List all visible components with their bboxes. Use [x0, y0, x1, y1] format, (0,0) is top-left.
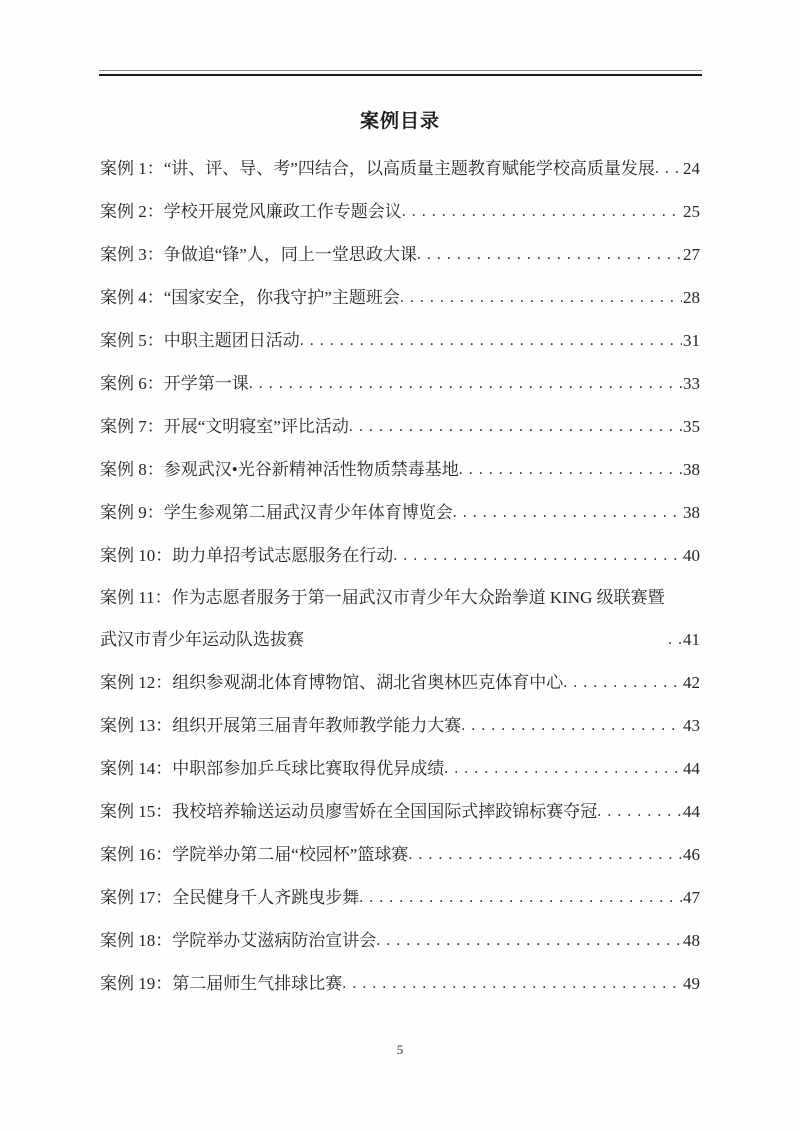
- header-rule: [99, 70, 702, 76]
- toc-entry-text: 案例 1：“讲、评、导、考”四结合，以高质量主题教育赋能学校高质量发展: [100, 148, 655, 190]
- toc-entry: 案例 19：第二届师生气排球比赛 49: [100, 962, 700, 1005]
- dot-leader: [597, 790, 682, 833]
- document-page: 案例目录 案例 1：“讲、评、导、考”四结合，以高质量主题教育赋能学校高质量发展…: [0, 0, 800, 1131]
- toc-entry: 案例 18：学院举办艾滋病防治宣讲会 48: [100, 919, 700, 962]
- dot-leader: [453, 491, 682, 534]
- toc-page-number: 41: [682, 619, 700, 661]
- toc-entry: 案例 5：中职主题团日活动 31: [100, 319, 700, 362]
- toc-page-number: 31: [682, 320, 700, 362]
- dot-leader: [376, 919, 682, 962]
- toc-entry: 案例 14：中职部参加乒乓球比赛取得优异成绩 44: [100, 747, 700, 790]
- toc-entry-text: 案例 18：学院举办艾滋病防治宣讲会: [100, 920, 376, 962]
- dot-leader: [408, 833, 682, 876]
- toc-entry: 案例 4：“国家安全，你我守护”主题班会 28: [100, 276, 700, 319]
- toc-entry: 案例 17：全民健身千人齐跳曳步舞 47: [100, 876, 700, 919]
- toc-entry-text: 案例 8：参观武汉•光谷新精神活性物质禁毒基地: [100, 449, 459, 491]
- toc-entry-text: 案例 3：争做追“锋”人，同上一堂思政大课: [100, 234, 417, 276]
- page-title: 案例目录: [100, 108, 700, 135]
- toc-entry-text: 案例 2：学校开展党风廉政工作专题会议: [100, 191, 402, 233]
- toc-page-number: 47: [682, 877, 700, 919]
- dot-leader: [563, 661, 682, 704]
- page-content: 案例目录 案例 1：“讲、评、导、考”四结合，以高质量主题教育赋能学校高质量发展…: [0, 0, 800, 1005]
- toc-page-number: 42: [682, 662, 700, 704]
- toc-page-number: 33: [682, 363, 700, 405]
- toc-entry: 案例 10：助力单招考试志愿服务在行动 40: [100, 534, 700, 577]
- toc-entry: 案例 8：参观武汉•光谷新精神活性物质禁毒基地 38: [100, 448, 700, 491]
- dot-leader: [300, 319, 682, 362]
- toc-entry: 案例 15：我校培养输送运动员廖雪娇在全国国际式摔跤锦标赛夺冠 44: [100, 790, 700, 833]
- toc-entry-text: 案例 19：第二届师生气排球比赛: [100, 963, 342, 1005]
- toc-page-number: 48: [682, 920, 700, 962]
- toc-page-number: 38: [682, 492, 700, 534]
- footer-page-number: 5: [0, 1041, 800, 1059]
- toc-page-number: 24: [682, 148, 700, 190]
- toc-entry-text: 案例 11：作为志愿者服务于第一届武汉市青少年大众跆拳道 KING 级联赛暨武汉…: [100, 577, 668, 661]
- toc-list: 案例 1：“讲、评、导、考”四结合，以高质量主题教育赋能学校高质量发展 24 案…: [100, 147, 700, 1005]
- toc-entry: 案例 16：学院举办第二届“校园杯”篮球赛 46: [100, 833, 700, 876]
- toc-page-number: 44: [682, 748, 700, 790]
- toc-entry: 案例 9：学生参观第二届武汉青少年体育博览会 38: [100, 491, 700, 534]
- dot-leader: [461, 704, 682, 747]
- toc-entry-text: 案例 13：组织开展第三届青年教师教学能力大赛: [100, 705, 461, 747]
- toc-page-number: 38: [682, 449, 700, 491]
- dot-leader: [359, 876, 682, 919]
- toc-entry-text: 案例 6：开学第一课: [100, 363, 249, 405]
- toc-entry-text: 案例 16：学院举办第二届“校园杯”篮球赛: [100, 834, 408, 876]
- toc-page-number: 27: [682, 234, 700, 276]
- dot-leader: [400, 276, 682, 319]
- dot-leader: [444, 747, 682, 790]
- dot-leader: [417, 233, 682, 276]
- toc-page-number: 44: [682, 791, 700, 833]
- dot-leader: [393, 534, 682, 577]
- toc-page-number: 49: [682, 963, 700, 1005]
- dot-leader: [402, 190, 682, 233]
- toc-page-number: 25: [682, 191, 700, 233]
- dot-leader: [655, 147, 682, 190]
- toc-entry-text: 案例 14：中职部参加乒乓球比赛取得优异成绩: [100, 748, 444, 790]
- toc-entry-text: 案例 10：助力单招考试志愿服务在行动: [100, 535, 393, 577]
- toc-entry-text: 案例 9：学生参观第二届武汉青少年体育博览会: [100, 492, 453, 534]
- toc-page-number: 40: [682, 535, 700, 577]
- toc-entry-text: 案例 17：全民健身千人齐跳曳步舞: [100, 877, 359, 919]
- toc-page-number: 46: [682, 834, 700, 876]
- toc-page-number: 35: [682, 406, 700, 448]
- dot-leader: [349, 405, 682, 448]
- toc-entry: 案例 7：开展“文明寝室”评比活动 35: [100, 405, 700, 448]
- dot-leader: [249, 362, 682, 405]
- toc-entry-text: 案例 4：“国家安全，你我守护”主题班会: [100, 277, 400, 319]
- toc-entry: 案例 13：组织开展第三届青年教师教学能力大赛 43: [100, 704, 700, 747]
- toc-entry: 案例 11：作为志愿者服务于第一届武汉市青少年大众跆拳道 KING 级联赛暨武汉…: [100, 577, 700, 661]
- dot-leader: [668, 618, 682, 661]
- dot-leader: [459, 448, 682, 491]
- toc-entry: 案例 12：组织参观湖北体育博物馆、湖北省奥林匹克体育中心 42: [100, 661, 700, 704]
- toc-entry-text: 案例 5：中职主题团日活动: [100, 320, 300, 362]
- toc-entry: 案例 2：学校开展党风廉政工作专题会议 25: [100, 190, 700, 233]
- toc-page-number: 43: [682, 705, 700, 747]
- toc-entry-text: 案例 7：开展“文明寝室”评比活动: [100, 406, 349, 448]
- dot-leader: [342, 962, 682, 1005]
- toc-entry: 案例 3：争做追“锋”人，同上一堂思政大课 27: [100, 233, 700, 276]
- toc-page-number: 28: [682, 277, 700, 319]
- toc-entry-text: 案例 15：我校培养输送运动员廖雪娇在全国国际式摔跤锦标赛夺冠: [100, 791, 597, 833]
- toc-entry-text: 案例 12：组织参观湖北体育博物馆、湖北省奥林匹克体育中心: [100, 662, 563, 704]
- toc-entry: 案例 1：“讲、评、导、考”四结合，以高质量主题教育赋能学校高质量发展 24: [100, 147, 700, 190]
- toc-entry: 案例 6：开学第一课 33: [100, 362, 700, 405]
